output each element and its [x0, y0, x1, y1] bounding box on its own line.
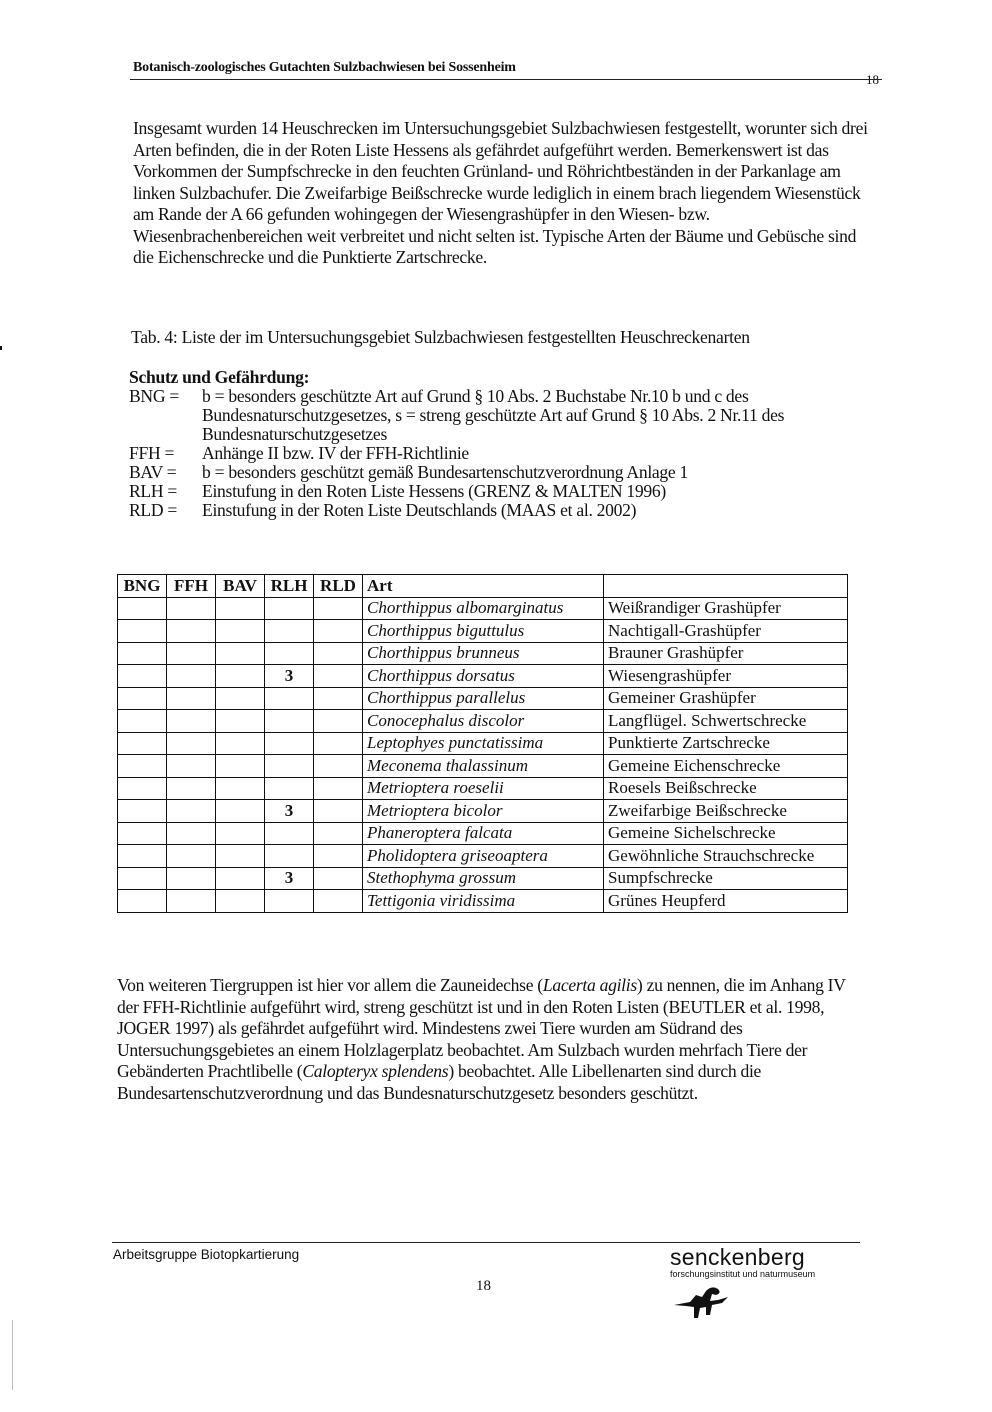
footer-divider — [112, 1242, 860, 1243]
col-header-common-name — [604, 575, 848, 598]
cell-ffh — [167, 755, 216, 778]
cell-rld — [314, 867, 363, 890]
legend-description: b = besonders geschützte Art auf Grund §… — [202, 387, 869, 444]
cell-ffh — [167, 597, 216, 620]
cell-common-name: Gemeine Eichenschrecke — [604, 755, 848, 778]
table-body: Chorthippus albomarginatusWeißrandiger G… — [118, 597, 848, 912]
cell-bav — [216, 597, 265, 620]
cell-rlh — [265, 755, 314, 778]
legend-description: Anhänge II bzw. IV der FFH-Richtlinie — [202, 444, 869, 463]
cell-latin-name: Chorthippus biguttulus — [363, 620, 604, 643]
col-header-rlh: RLH — [265, 575, 314, 598]
cell-rlh — [265, 890, 314, 913]
cell-latin-name: Metrioptera bicolor — [363, 800, 604, 823]
cell-latin-name: Conocephalus discolor — [363, 710, 604, 733]
footer-page-number: 18 — [476, 1278, 491, 1295]
cell-rlh: 3 — [265, 800, 314, 823]
cell-bav — [216, 845, 265, 868]
cell-rld — [314, 777, 363, 800]
table-row: Chorthippus brunneusBrauner Grashüpfer — [118, 642, 848, 665]
table-row: Conocephalus discolorLangflügel. Schwert… — [118, 710, 848, 733]
cell-ffh — [167, 620, 216, 643]
table-row: Tettigonia viridissimaGrünes Heupferd — [118, 890, 848, 913]
header-divider — [130, 79, 882, 80]
running-header-page-number: 18 — [866, 72, 879, 88]
species-table: BNG FFH BAV RLH RLD Art Chorthippus albo… — [117, 574, 848, 913]
cell-bav — [216, 890, 265, 913]
intro-paragraph: Insgesamt wurden 14 Heuschrecken im Unte… — [133, 118, 868, 269]
cell-ffh — [167, 890, 216, 913]
table-row: Pholidoptera griseoapteraGewöhnliche Str… — [118, 845, 848, 868]
cell-rlh — [265, 822, 314, 845]
legend-key: RLD = — [129, 501, 202, 520]
cell-common-name: Roesels Beißschrecke — [604, 777, 848, 800]
col-header-art: Art — [363, 575, 604, 598]
col-header-bav: BAV — [216, 575, 265, 598]
cell-rlh — [265, 732, 314, 755]
cell-bng — [118, 777, 167, 800]
cell-common-name: Grünes Heupferd — [604, 890, 848, 913]
cell-bav — [216, 642, 265, 665]
table-row: Metrioptera roeseliiRoesels Beißschrecke — [118, 777, 848, 800]
legend: Schutz und Gefährdung: BNG =b = besonder… — [129, 368, 869, 520]
cell-bng — [118, 822, 167, 845]
cell-latin-name: Chorthippus brunneus — [363, 642, 604, 665]
logo-subtitle: forschungsinstitut und naturmuseum — [670, 1269, 815, 1279]
legend-entries: BNG =b = besonders geschützte Art auf Gr… — [129, 387, 869, 520]
cell-ffh — [167, 665, 216, 688]
cell-rlh — [265, 597, 314, 620]
legend-entry: BAV =b = besonders geschützt gemäß Bunde… — [129, 463, 869, 482]
cell-latin-name: Tettigonia viridissima — [363, 890, 604, 913]
cell-rld — [314, 642, 363, 665]
cell-common-name: Zweifarbige Beißschrecke — [604, 800, 848, 823]
cell-latin-name: Phaneroptera falcata — [363, 822, 604, 845]
cell-common-name: Langflügel. Schwertschrecke — [604, 710, 848, 733]
cell-bav — [216, 822, 265, 845]
cell-bng — [118, 620, 167, 643]
cell-common-name: Wiesengrashüpfer — [604, 665, 848, 688]
table-row: Leptophyes punctatissimaPunktierte Zarts… — [118, 732, 848, 755]
table-caption: Tab. 4: Liste der im Untersuchungsgebiet… — [131, 327, 871, 348]
col-header-rld: RLD — [314, 575, 363, 598]
cell-ffh — [167, 642, 216, 665]
cell-bav — [216, 800, 265, 823]
cell-latin-name: Leptophyes punctatissima — [363, 732, 604, 755]
cell-bng — [118, 732, 167, 755]
cell-bav — [216, 620, 265, 643]
cell-bng — [118, 867, 167, 890]
cell-rlh — [265, 777, 314, 800]
cell-rld — [314, 822, 363, 845]
table-row: Chorthippus albomarginatusWeißrandiger G… — [118, 597, 848, 620]
dinosaur-skeleton-icon — [672, 1285, 815, 1326]
cell-common-name: Weißrandiger Grashüpfer — [604, 597, 848, 620]
senckenberg-logo: senckenberg forschungsinstitut und natur… — [670, 1244, 815, 1326]
table-header-row: BNG FFH BAV RLH RLD Art — [118, 575, 848, 598]
cell-bav — [216, 665, 265, 688]
cell-ffh — [167, 822, 216, 845]
cell-common-name: Sumpfschrecke — [604, 867, 848, 890]
legend-description: Einstufung in den Roten Liste Hessens (G… — [202, 482, 869, 501]
cell-ffh — [167, 800, 216, 823]
legend-key: BNG = — [129, 387, 202, 444]
species-name-italic: Lacerta agilis — [543, 975, 637, 995]
cell-rld — [314, 755, 363, 778]
legend-entry: RLH =Einstufung in den Roten Liste Hesse… — [129, 482, 869, 501]
cell-common-name: Gemeiner Grashüpfer — [604, 687, 848, 710]
table-row: 3Chorthippus dorsatusWiesengrashüpfer — [118, 665, 848, 688]
legend-description: Einstufung in der Roten Liste Deutschlan… — [202, 501, 869, 520]
cell-common-name: Gemeine Sichelschrecke — [604, 822, 848, 845]
legend-entry: RLD =Einstufung in der Roten Liste Deuts… — [129, 501, 869, 520]
legend-key: RLH = — [129, 482, 202, 501]
cell-bng — [118, 710, 167, 733]
cell-latin-name: Chorthippus albomarginatus — [363, 597, 604, 620]
scan-edge-line — [12, 1320, 13, 1390]
cell-rld — [314, 665, 363, 688]
cell-ffh — [167, 777, 216, 800]
cell-rlh — [265, 642, 314, 665]
cell-common-name: Punktierte Zartschrecke — [604, 732, 848, 755]
table-row: Chorthippus biguttulusNachtigall-Grashüp… — [118, 620, 848, 643]
cell-common-name: Brauner Grashüpfer — [604, 642, 848, 665]
table-row: Chorthippus parallelusGemeiner Grashüpfe… — [118, 687, 848, 710]
cell-latin-name: Pholidoptera griseoaptera — [363, 845, 604, 868]
cell-rlh: 3 — [265, 867, 314, 890]
cell-latin-name: Stethophyma grossum — [363, 867, 604, 890]
legend-entry: FFH =Anhänge II bzw. IV der FFH-Richtlin… — [129, 444, 869, 463]
cell-latin-name: Chorthippus parallelus — [363, 687, 604, 710]
logo-name: senckenberg — [670, 1244, 815, 1271]
legend-description: b = besonders geschützt gemäß Bundesarte… — [202, 463, 869, 482]
species-name-italic: Calopteryx splendens — [302, 1061, 448, 1081]
cell-latin-name: Chorthippus dorsatus — [363, 665, 604, 688]
cell-bng — [118, 845, 167, 868]
cell-rld — [314, 597, 363, 620]
table-row: 3Stethophyma grossumSumpfschrecke — [118, 867, 848, 890]
cell-bav — [216, 777, 265, 800]
cell-ffh — [167, 710, 216, 733]
cell-bng — [118, 800, 167, 823]
legend-entry: BNG =b = besonders geschützte Art auf Gr… — [129, 387, 869, 444]
paragraph-text: Von weiteren Tiergruppen ist hier vor al… — [117, 975, 543, 995]
cell-rld — [314, 687, 363, 710]
cell-bav — [216, 732, 265, 755]
cell-ffh — [167, 845, 216, 868]
cell-bav — [216, 710, 265, 733]
cell-ffh — [167, 867, 216, 890]
cell-rld — [314, 845, 363, 868]
table-row: Phaneroptera falcataGemeine Sichelschrec… — [118, 822, 848, 845]
cell-bng — [118, 755, 167, 778]
cell-bng — [118, 642, 167, 665]
legend-key: BAV = — [129, 463, 202, 482]
cell-rlh — [265, 710, 314, 733]
cell-common-name: Gewöhnliche Strauchschrecke — [604, 845, 848, 868]
footer-organization: Arbeitsgruppe Biotopkartierung — [113, 1247, 299, 1262]
cell-common-name: Nachtigall-Grashüpfer — [604, 620, 848, 643]
cell-bav — [216, 867, 265, 890]
cell-latin-name: Metrioptera roeselii — [363, 777, 604, 800]
cell-bng — [118, 665, 167, 688]
legend-title: Schutz und Gefährdung: — [129, 368, 869, 387]
cell-bng — [118, 890, 167, 913]
cell-latin-name: Meconema thalassinum — [363, 755, 604, 778]
running-header-title: Botanisch-zoologisches Gutachten Sulzbac… — [133, 60, 516, 76]
cell-rlh — [265, 687, 314, 710]
cell-ffh — [167, 687, 216, 710]
cell-bng — [118, 597, 167, 620]
cell-ffh — [167, 732, 216, 755]
col-header-ffh: FFH — [167, 575, 216, 598]
cell-bng — [118, 687, 167, 710]
cell-rld — [314, 890, 363, 913]
col-header-bng: BNG — [118, 575, 167, 598]
closing-paragraph: Von weiteren Tiergruppen ist hier vor al… — [117, 975, 862, 1104]
cell-rlh: 3 — [265, 665, 314, 688]
cell-bav — [216, 755, 265, 778]
cell-bav — [216, 687, 265, 710]
cell-rld — [314, 800, 363, 823]
scan-edge-mark — [0, 346, 2, 350]
cell-rlh — [265, 845, 314, 868]
table-row: 3Metrioptera bicolorZweifarbige Beißschr… — [118, 800, 848, 823]
cell-rld — [314, 732, 363, 755]
cell-rld — [314, 710, 363, 733]
cell-rlh — [265, 620, 314, 643]
cell-rld — [314, 620, 363, 643]
legend-key: FFH = — [129, 444, 202, 463]
table-row: Meconema thalassinumGemeine Eichenschrec… — [118, 755, 848, 778]
